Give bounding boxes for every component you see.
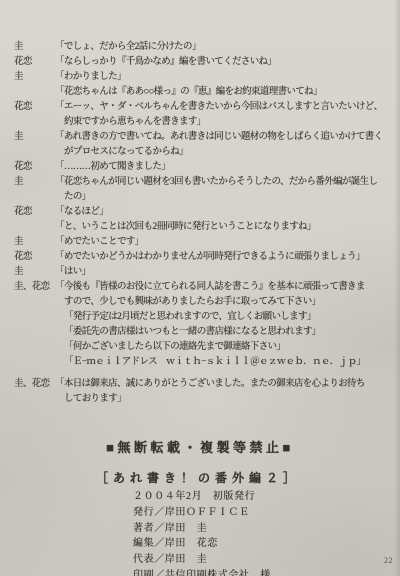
dialogue-line: 「と、いうことは次回も2冊同時に発行ということになりますね」	[14, 220, 388, 235]
dialogue-line: 花恋 「………初めて聞きました」	[14, 160, 388, 175]
speaker-label: 圭	[14, 130, 55, 145]
dialogue-line: 花恋 「ならしっかり『千鳥かなめ』編を書いてくださいね」	[14, 55, 388, 70]
dialogue-line: 圭、花恋 「今後も『皆様のお役に立てられる同人誌を書こう』を基本に頑張って書きま…	[14, 280, 388, 310]
dialogue-line: 花恋 「なるほど」	[14, 205, 388, 220]
dialogue-line: 「委託先の書店様はいつもと一緒の書店様になると思われます」	[14, 325, 388, 340]
dialogue-text: 「でしょ、だから全2話に分けたの」	[55, 40, 388, 55]
speaker-label: 花恋	[14, 250, 55, 265]
colophon-line-text: 発行／岸田ＯＦＦＩＣＥ	[133, 505, 400, 521]
dialogue-text: 「エーッ、ヤ・ダ・ベルちゃんを書きたいから今回はパスしますと言いたいけど、 約束…	[55, 100, 388, 130]
dialogue-text: 「何かございましたら以下の連絡先まで御連絡下さい」	[55, 340, 388, 355]
speaker-label: 花恋	[14, 205, 55, 220]
page-number: 22	[384, 556, 393, 565]
dialogue-text: 「ならしっかり『千鳥かなめ』編を書いてくださいね」	[55, 55, 388, 70]
dialogue-line: 圭 「あれ書きの方で書いてね。あれ書きは同じい題材の物をしばらく追いかけて書く …	[14, 130, 388, 160]
dialogue-text: 「委託先の書店様はいつもと一緒の書店様になると思われます」	[55, 325, 388, 340]
speaker-label: 圭	[14, 175, 55, 190]
dialogue-line: 圭 「でしょ、だから全2話に分けたの」	[14, 40, 388, 55]
dialogue-line: 花恋 「めでたいかどうかはわかりませんが同時発行できるように頑張りましょう」	[14, 250, 388, 265]
dialogue-line: 圭、花恋 「本日は御来店、誠にありがとうございました。またの御来店を心よりお待ち…	[14, 377, 388, 407]
dialogue-line: 圭 「めでたいことです」	[14, 235, 388, 250]
dialogue-text: 「Ｅ−ｍｅｉｌアドレス ｗｉｔｈ−ｓｋｉｌｌ＠ｅｚｗｅｂ．ｎｅ．ｊｐ」	[55, 355, 388, 370]
dialogue-text: 「はい」	[55, 265, 388, 280]
speaker-label: 花恋	[14, 100, 55, 115]
dialogue-text: 「と、いうことは次回も2冊同時に発行ということになりますね」	[55, 220, 388, 235]
speaker-label: 圭	[14, 70, 55, 85]
dialogue-text: 「あれ書きの方で書いてね。あれ書きは同じい題材の物をしばらく追いかけて書く がプ…	[55, 130, 388, 160]
dialogue-line: 圭 「花恋ちゃんが同じい題材を3回も書いたからそうしたの、だから番外編が誕生し …	[14, 175, 388, 205]
speaker-label: 圭、花恋	[14, 377, 55, 392]
colophon-line-text: 印刷／共信印刷株式会社 様	[133, 568, 400, 576]
colophon: ［あれ書き！の番外編２］ ２００４年2月 初版発行発行／岸田ＯＦＦＩＣＥ著者／岸…	[0, 469, 400, 576]
speaker-label: 圭、花恋	[14, 280, 55, 295]
speaker-label: 圭	[14, 40, 55, 55]
dialogue-text: 「………初めて聞きました」	[55, 160, 388, 175]
dialogue-text: 「めでたいかどうかはわかりませんが同時発行できるように頑張りましょう」	[55, 250, 388, 265]
colophon-line-text: 編集／岸田 花恋	[133, 536, 400, 552]
colophon-line-text: 代表／岸田 圭	[133, 552, 400, 568]
dialogue-text: 「発行予定は2月頃だと思われますので、宜しくお願いします」	[55, 310, 388, 325]
colophon-lines: ２００４年2月 初版発行発行／岸田ＯＦＦＩＣＥ著者／岸田 圭編集／岸田 花恋代表…	[0, 489, 400, 576]
speaker-label: 花恋	[14, 55, 55, 70]
dialogue-line: 花恋 「エーッ、ヤ・ダ・ベルちゃんを書きたいから今回はパスしますと言いたいけど、…	[14, 100, 388, 130]
dialogue-text: 「花恋ちゃんは『ああ○○様っ』の『恵』編をお約束道理書いてね」	[55, 85, 388, 100]
speaker-label: 圭	[14, 235, 55, 250]
scanned-doujinshi-page: 圭 「でしょ、だから全2話に分けたの」 花恋 「ならしっかり『千鳥かなめ』編を書…	[0, 0, 400, 576]
no-reproduction-notice: ■無断転載・複製等禁止■	[0, 437, 400, 456]
dialogue-text: 「めでたいことです」	[55, 235, 388, 250]
colophon-line-text: 著者／岸田 圭	[133, 521, 400, 537]
speaker-label: 圭	[14, 265, 55, 280]
dialogue-line: 圭 「はい」	[14, 265, 388, 280]
dialogue-line: 「花恋ちゃんは『ああ○○様っ』の『恵』編をお約束道理書いてね」	[14, 85, 388, 100]
dialogue-text: 「なるほど」	[55, 205, 388, 220]
colophon-line-text: ２００４年2月 初版発行	[133, 489, 400, 505]
dialogue-text: 「今後も『皆様のお役に立てられる同人誌を書こう』を基本に頑張って書きま すので、…	[55, 280, 388, 310]
dialogue-line: 圭 「わかりました」	[14, 70, 388, 85]
speaker-label: 花恋	[14, 160, 55, 175]
dialogue-text: 「花恋ちゃんが同じい題材を3回も書いたからそうしたの、だから番外編が誕生し たの…	[55, 175, 388, 205]
dialogue-text: 「本日は御来店、誠にありがとうございました。またの御来店を心よりお待ち しており…	[55, 377, 388, 407]
dialogue-line: 「何かございましたら以下の連絡先まで御連絡下さい」	[14, 340, 388, 355]
dialogue-block: 圭 「でしょ、だから全2話に分けたの」 花恋 「ならしっかり『千鳥かなめ』編を書…	[0, 0, 400, 407]
colophon-title: ［あれ書き！の番外編２］	[96, 469, 400, 486]
dialogue-line: 「発行予定は2月頃だと思われますので、宜しくお願いします」	[14, 310, 388, 325]
dialogue-line: 「Ｅ−ｍｅｉｌアドレス ｗｉｔｈ−ｓｋｉｌｌ＠ｅｚｗｅｂ．ｎｅ．ｊｐ」	[14, 355, 388, 370]
dialogue-text: 「わかりました」	[55, 70, 388, 85]
